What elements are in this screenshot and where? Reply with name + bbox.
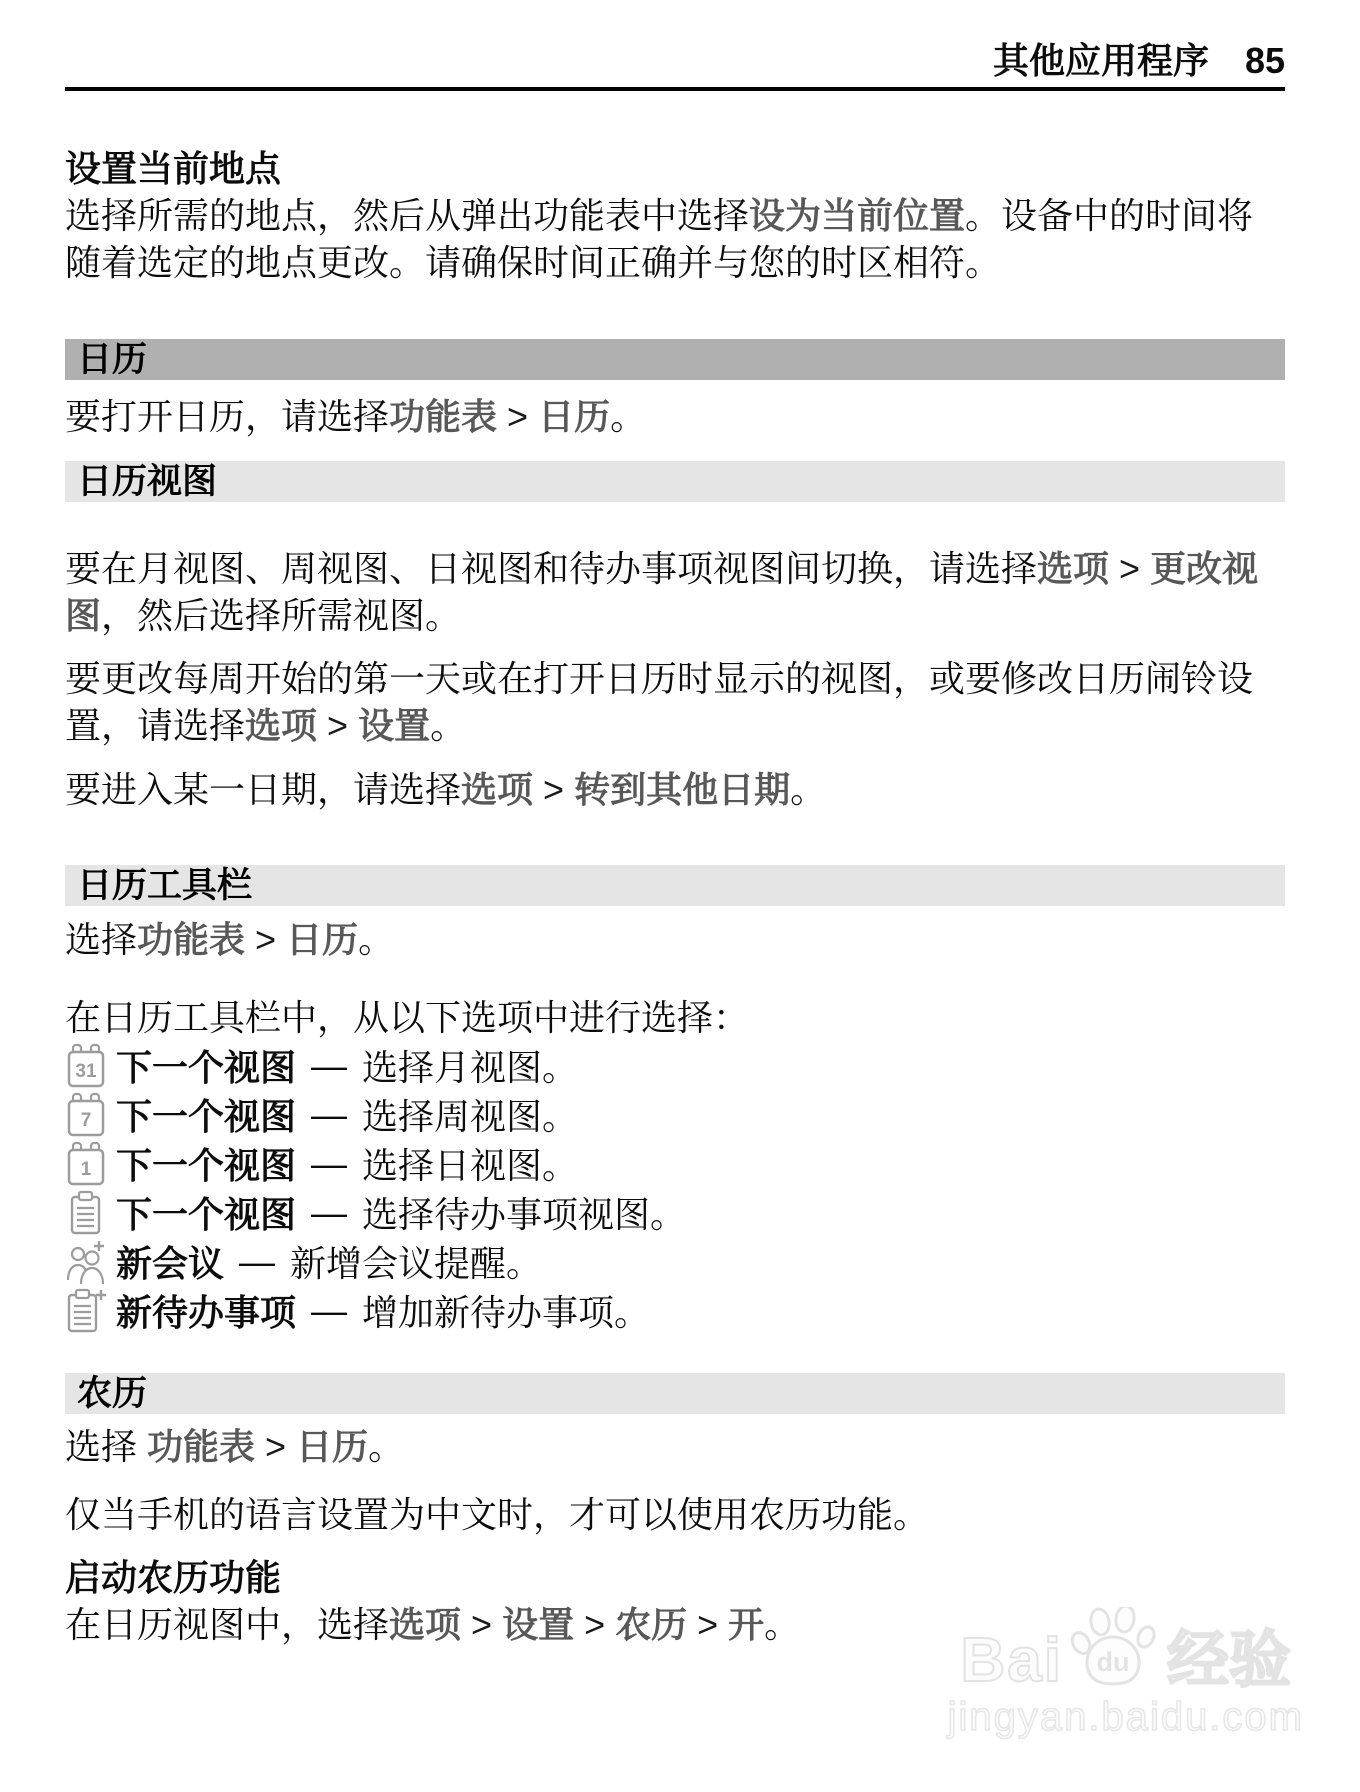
toolbar-option-label: 下一个视图 (116, 1187, 296, 1238)
text-run: 。 (610, 396, 646, 437)
ui-term: 日历 (296, 1426, 368, 1467)
section-banner-lunar: 农历 (65, 1373, 1285, 1414)
menu-path-separator: > (697, 1604, 718, 1645)
ui-term: 功能表 (389, 396, 497, 437)
page-header: 其他应用程序 85 (65, 40, 1285, 82)
section-banner-calendar-views: 日历视图 (65, 461, 1285, 502)
ui-term: 农历 (615, 1604, 687, 1645)
svg-text:du: du (1097, 1647, 1130, 1677)
ui-term: 日历 (286, 919, 358, 960)
text-run: 。 (430, 705, 466, 746)
ui-term: 设为当前位置 (749, 195, 965, 236)
goto-date-paragraph: 要进入某一日期，请选择选项>转到其他日期。 (65, 766, 1285, 813)
ui-term: 日历 (538, 396, 610, 437)
menu-path-separator: > (1119, 548, 1140, 589)
menu-path-separator: > (543, 769, 564, 810)
menu-path-separator: > (265, 1426, 286, 1467)
ui-term: 设置 (358, 705, 430, 746)
text-run: 要打开日历，请选择 (65, 396, 389, 437)
watermark-jingyan-text: 经验 (1167, 1631, 1291, 1691)
toolbar-option-desc: 选择日视图。 (362, 1138, 578, 1189)
dash-separator: — (311, 1045, 347, 1087)
toolbar-option-desc: 新增会议提醒。 (290, 1236, 542, 1287)
text-run: 选择 (65, 1426, 147, 1467)
text-run: 。 (358, 919, 394, 960)
toolbar-option-label: 新会议 (116, 1236, 224, 1287)
manual-page: 其他应用程序 85 设置当前地点 选择所需的地点，然后从弹出功能表中选择设为当前… (0, 0, 1360, 1648)
lunar-note-line: 仅当手机的语言设置为中文时，才可以使用农历功能。 (65, 1491, 1285, 1538)
text-run: 选择所需的地点，然后从弹出功能表中选择 (65, 195, 749, 236)
toolbar-option-label: 下一个视图 (116, 1089, 296, 1140)
ui-term: 选项 (461, 769, 533, 810)
ui-term: 开 (728, 1604, 764, 1645)
lunar-activate-heading: 启动农历功能 (65, 1554, 1285, 1601)
svg-text:7: 7 (81, 1110, 92, 1131)
dash-separator: — (311, 1290, 347, 1332)
ui-term: 功能表 (137, 919, 245, 960)
header-title: 其他应用程序 (993, 40, 1209, 82)
text-run: 选择 (65, 919, 137, 960)
toolbar-select-line: 选择功能表>日历。 (65, 916, 1285, 963)
dash-separator: — (311, 1094, 347, 1136)
dash-separator: — (239, 1241, 275, 1283)
week-view-calendar-icon: 7 (65, 1092, 107, 1138)
watermark-url: jingyan.baidu.com (948, 1695, 1304, 1740)
month-view-calendar-icon: 31 (65, 1043, 107, 1089)
menu-path-separator: > (507, 396, 528, 437)
toolbar-option-desc: 选择待办事项视图。 (362, 1187, 686, 1238)
text-run: 在日历视图中，选择 (65, 1604, 389, 1645)
menu-path-separator: > (584, 1604, 605, 1645)
section-banner-calendar: 日历 (65, 339, 1285, 380)
toolbar-option-row: 新会议—新增会议提醒。 (65, 1237, 1285, 1286)
baidu-paw-icon: du (1067, 1607, 1159, 1697)
toolbar-option-row: 1 下一个视图—选择日视图。 (65, 1139, 1285, 1188)
menu-path-separator: > (327, 705, 348, 746)
header-rule (65, 87, 1285, 91)
set-location-heading: 设置当前地点 (65, 145, 1285, 192)
text-run: 。 (764, 1604, 800, 1645)
calendar-settings-paragraph: 要更改每周开始的第一天或在打开日历时显示的视图，或要修改日历闹铃设置，请选择选项… (65, 655, 1285, 749)
dash-separator: — (311, 1143, 347, 1185)
toolbar-option-desc: 选择周视图。 (362, 1089, 578, 1140)
text-run: 要在月视图、周视图、日视图和待办事项视图间切换，请选择 (65, 548, 1037, 589)
watermark-bai-text: Bai (961, 1631, 1063, 1691)
ui-term: 选项 (389, 1604, 461, 1645)
text-run: ，然后选择所需视图。 (101, 595, 461, 636)
todo-view-icon (65, 1190, 107, 1236)
section-banner-calendar-toolbar: 日历工具栏 (65, 865, 1285, 906)
toolbar-option-label: 新待办事项 (116, 1285, 296, 1336)
day-view-calendar-icon: 1 (65, 1141, 107, 1187)
watermark-brand: Bai du 经验 (948, 1607, 1304, 1691)
toolbar-option-row: 新待办事项—增加新待办事项。 (65, 1286, 1285, 1335)
switch-view-paragraph: 要在月视图、周视图、日视图和待办事项视图间切换，请选择选项>更改视图，然后选择所… (65, 545, 1285, 639)
menu-path-separator: > (255, 919, 276, 960)
text-run: 要进入某一日期，请选择 (65, 769, 461, 810)
toolbar-intro-line: 在日历工具栏中，从以下选项中进行选择： (65, 994, 1285, 1041)
baidu-jingyan-watermark: Bai du 经验 jingyan.baidu.com (948, 1607, 1304, 1740)
toolbar-option-row: 31 下一个视图—选择月视图。 (65, 1041, 1285, 1090)
text-run: 。 (368, 1426, 404, 1467)
ui-term: 选项 (245, 705, 317, 746)
ui-term: 设置 (502, 1604, 574, 1645)
lunar-select-line: 选择 功能表>日历。 (65, 1423, 1285, 1470)
open-calendar-line: 要打开日历，请选择功能表>日历。 (65, 393, 1285, 440)
toolbar-option-desc: 增加新待办事项。 (362, 1285, 650, 1336)
toolbar-option-label: 下一个视图 (116, 1138, 296, 1189)
text-run: 要更改每周开始的第一天或在打开日历时显示的视图，或要修改日历闹铃设置，请选择 (65, 658, 1253, 746)
dash-separator: — (311, 1192, 347, 1234)
ui-term: 转到其他日期 (574, 769, 790, 810)
menu-path-separator: > (471, 1604, 492, 1645)
ui-term: 选项 (1037, 548, 1109, 589)
header-page-number: 85 (1245, 40, 1285, 82)
toolbar-option-desc: 选择月视图。 (362, 1040, 578, 1091)
toolbar-option-row: 7 下一个视图—选择周视图。 (65, 1090, 1285, 1139)
set-location-paragraph: 选择所需的地点，然后从弹出功能表中选择设为当前位置。设备中的时间将随着选定的地点… (65, 192, 1285, 286)
text-run: 。 (790, 769, 826, 810)
svg-text:1: 1 (81, 1159, 92, 1180)
new-meeting-icon (65, 1239, 107, 1285)
new-todo-icon (65, 1288, 107, 1334)
toolbar-option-row: 下一个视图—选择待办事项视图。 (65, 1188, 1285, 1237)
svg-text:31: 31 (75, 1061, 97, 1082)
ui-term: 功能表 (147, 1426, 255, 1467)
toolbar-option-label: 下一个视图 (116, 1040, 296, 1091)
